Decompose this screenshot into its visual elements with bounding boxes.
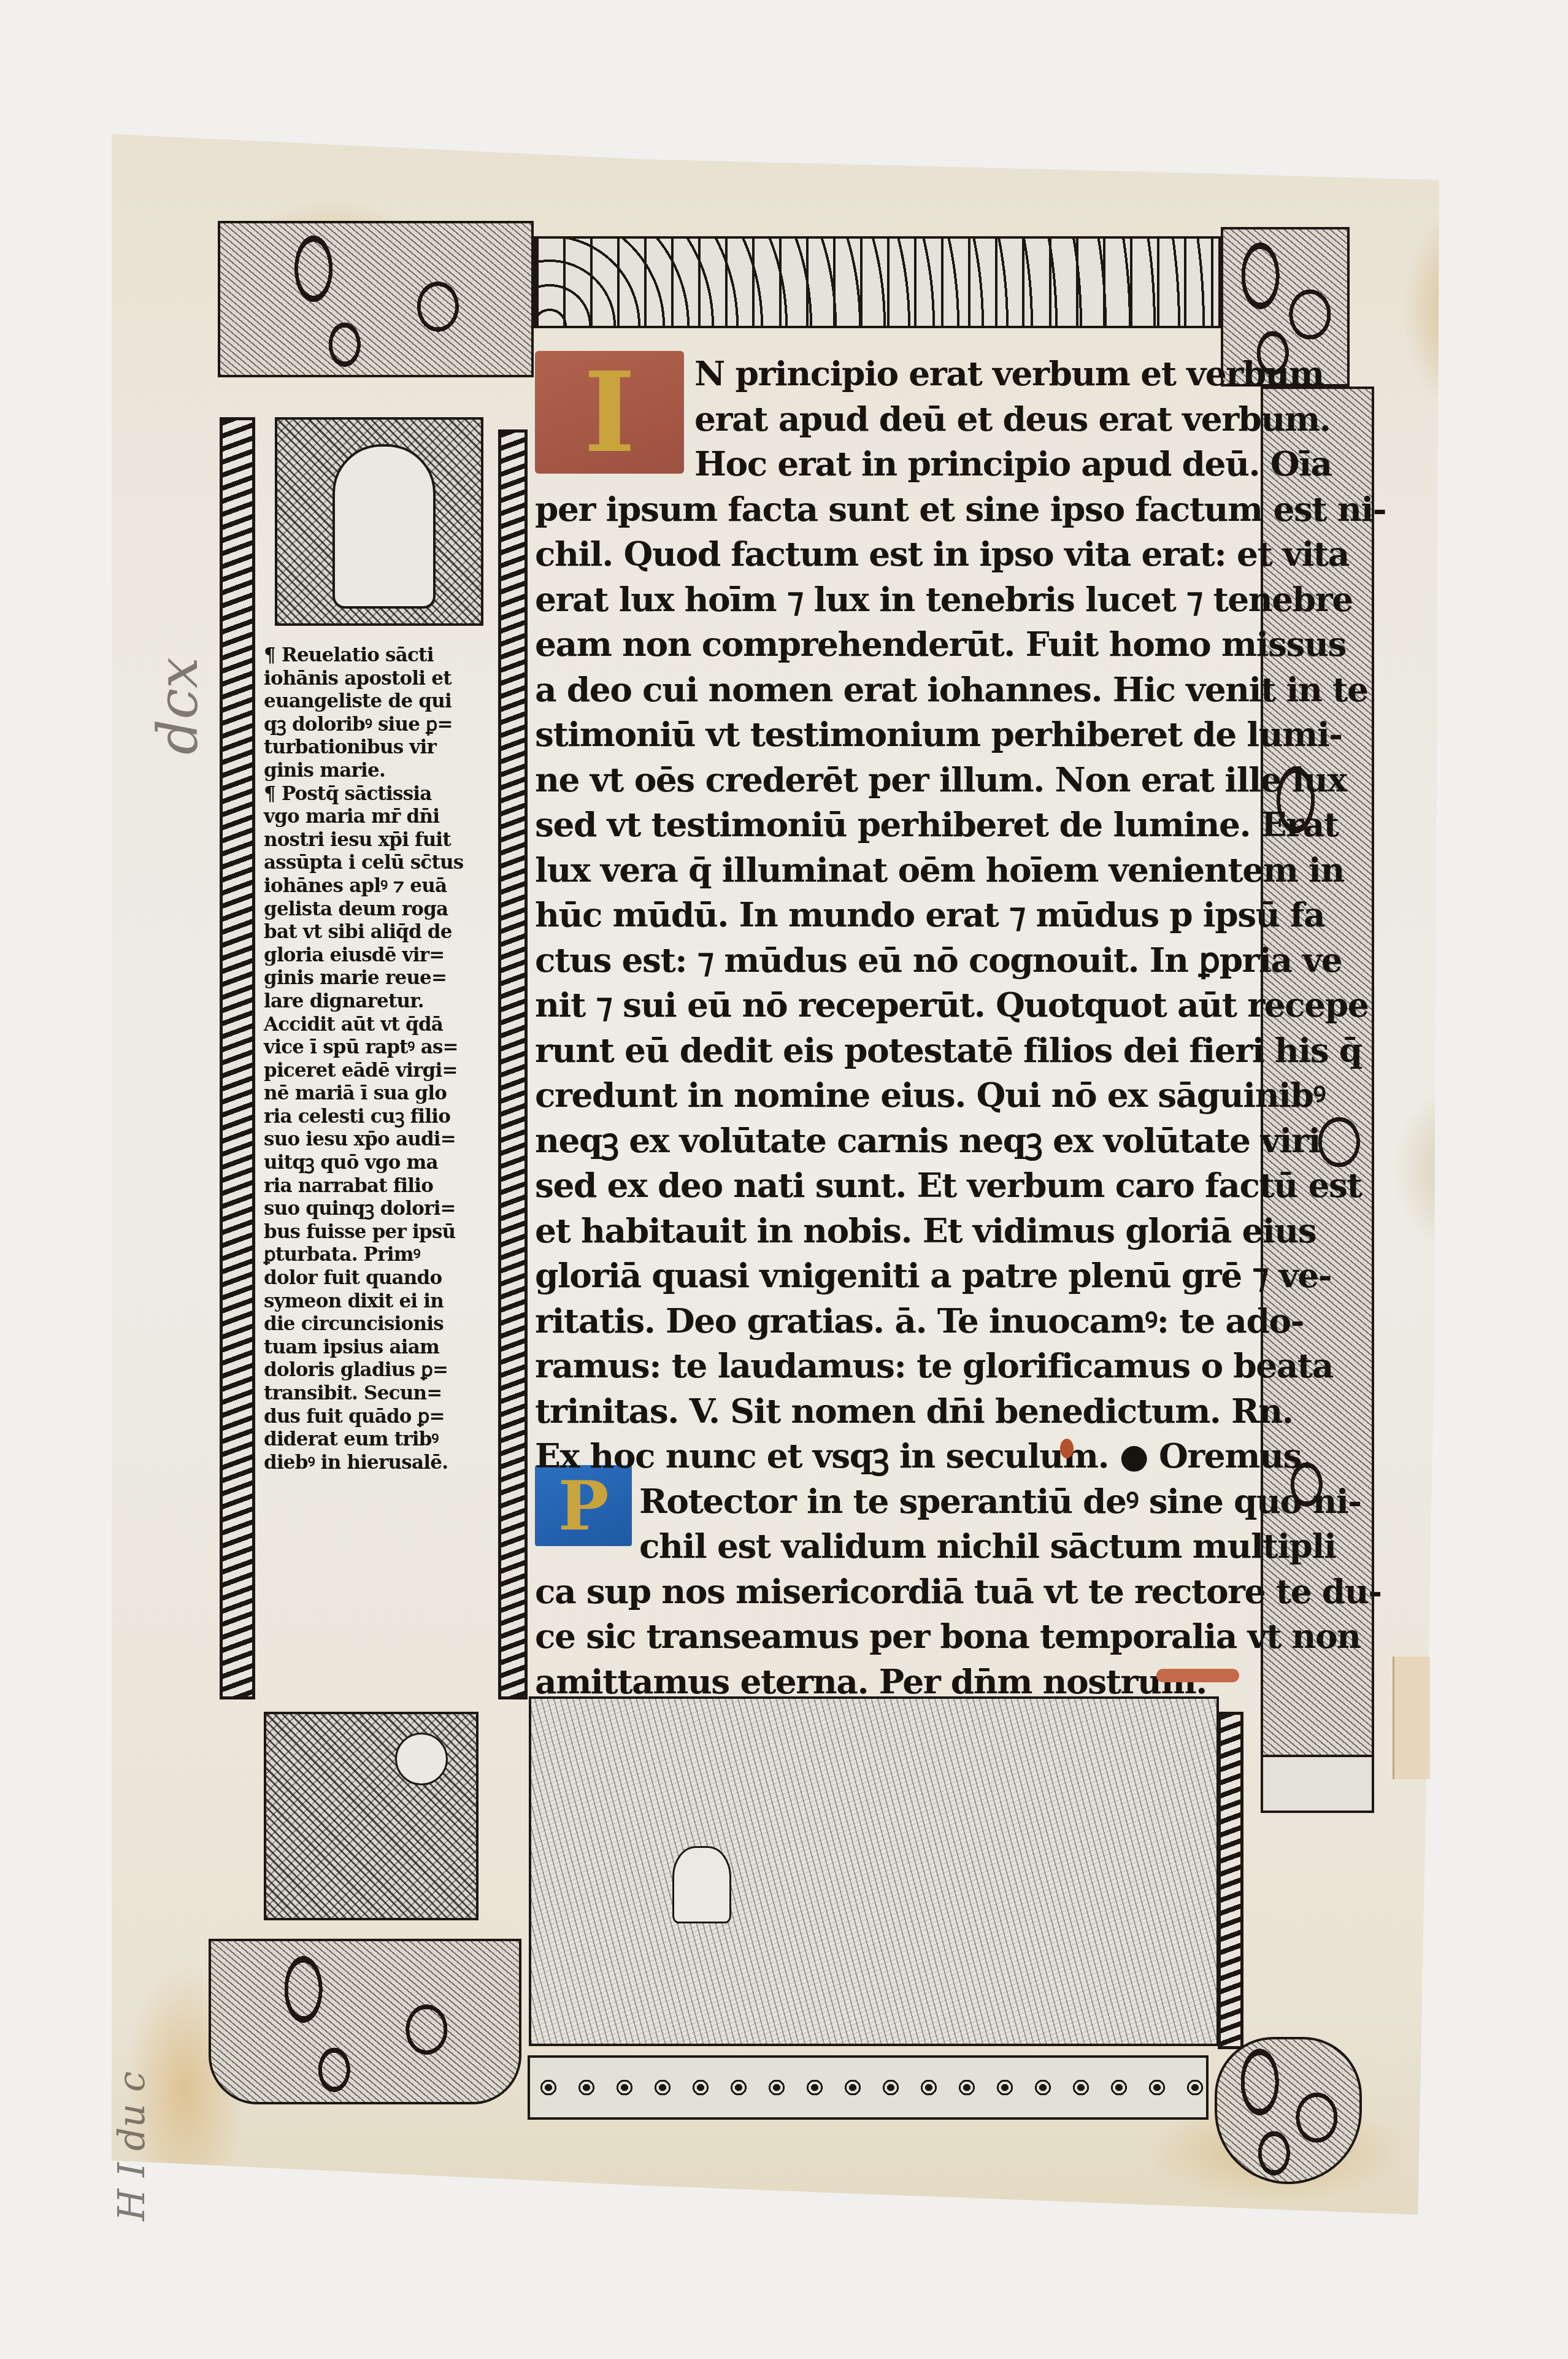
- halo: [395, 1733, 448, 1785]
- side-line: iohānis apostoli et: [264, 668, 497, 691]
- rubric-paragraph-mark: [1060, 1439, 1074, 1458]
- text-line: et habitauit in nobis. Et vidimus gloriā…: [535, 1208, 1259, 1253]
- side-line: doloris gladius ꝑ=: [264, 1359, 497, 1382]
- text-line: runt eū dedit eis potestatē filios dei f…: [535, 1028, 1259, 1073]
- text-line: lux vera q̄ illuminat oēm hoīem veniente…: [535, 847, 1259, 893]
- side-column-revelation-text: ¶ Reuelatio sācti iohānis apostoli et eu…: [264, 644, 497, 1474]
- text-line: Rotector in te sperantiū deꝰ sine quo ni…: [535, 1479, 1259, 1524]
- text-line: sed ex deo nati sunt. Et verbum caro fac…: [535, 1163, 1259, 1208]
- woodcut-veronica-scene: [529, 1696, 1219, 2046]
- side-line: transibit. Secun=: [264, 1382, 497, 1406]
- woodcut-bottom-left-corner: [209, 1939, 521, 2104]
- woodcut-scene-right-pillar: [1218, 1712, 1243, 2049]
- side-line: piceret eādē virgi=: [264, 1060, 497, 1083]
- rubric-line-filler: [1156, 1669, 1239, 1682]
- side-line: nē mariā ī sua glo: [264, 1082, 497, 1106]
- text-line: neqꝫ ex volūtate carnis neqꝫ ex volūtate…: [535, 1118, 1259, 1163]
- side-line: turbationibus vir: [264, 736, 497, 760]
- pencil-note-left-margin: dcx: [146, 657, 210, 755]
- side-line: suo iesu xp̄o audi=: [264, 1128, 497, 1152]
- text-line: erat lux hoīm ⁊ lux in tenebris lucet ⁊ …: [535, 577, 1259, 622]
- hinge-tape-strip: [1393, 1657, 1430, 1779]
- side-line: euangeliste de qui: [264, 690, 497, 714]
- woodcut-bottom-right-medallion: [1215, 2037, 1362, 2184]
- woodcut-right-base: [1261, 1755, 1374, 1813]
- side-line: qꝫ doloribꝰ siue ꝑ=: [264, 714, 497, 737]
- side-line: bus fuisse per ipsū: [264, 1221, 497, 1244]
- side-line: diderat eum tribꝰ: [264, 1428, 497, 1452]
- side-line: tuam ipsius aiam: [264, 1336, 497, 1360]
- side-line: suo quinqꝫ dolori=: [264, 1198, 497, 1221]
- side-line: vice ī spū raptꝰ as=: [264, 1036, 497, 1060]
- text-line: ce sic transeamus per bona temporalia vt…: [535, 1614, 1259, 1659]
- text-line: trinitas. V. Sit nomen dn̄i benedictum. …: [535, 1388, 1259, 1434]
- text-line: Hoc erat in principio apud deū. Oīa: [535, 441, 1259, 487]
- side-line: gloria eiusdē vir=: [264, 944, 497, 968]
- text-line: erat apud deū et deus erat verbum.: [535, 396, 1259, 442]
- text-line: a deo cui nomen erat iohannes. Hic venit…: [535, 667, 1259, 712]
- side-line: ginis marie.: [264, 760, 497, 783]
- text-line: ca sup nos misericordiā tuā vt te rector…: [535, 1569, 1259, 1614]
- woodcut-bottom-border-rosettes: [528, 2055, 1209, 2120]
- woodcut-top-left-foliage: [218, 221, 534, 377]
- text-line: hūc mūdū. In mundo erat ⁊ mūdus p ipsū f…: [535, 892, 1259, 937]
- side-line: assūpta i celū sc̄tus: [264, 852, 497, 875]
- veil-with-holy-face: [672, 1846, 731, 1923]
- text-line: chil. Quod factum est in ipso vita erat:…: [535, 531, 1259, 577]
- side-line: ¶ Postq̄ sācti​ssia: [264, 783, 497, 806]
- text-line: amittamus eterna. Per dn̄m nostrum.: [535, 1659, 1259, 1704]
- text-line: sed vt testimoniū perhiberet de lumine. …: [535, 802, 1259, 847]
- side-line: ria celesti cuꝫ filio: [264, 1106, 497, 1129]
- text-line: ramus: te laudamus: te glorificamus o be…: [535, 1343, 1259, 1388]
- side-line: ginis marie reue=: [264, 967, 497, 990]
- side-line: iohānes aplꝰ ⁊ euā: [264, 875, 497, 898]
- side-line: ria narrabat filio: [264, 1175, 497, 1198]
- text-line: ritatis. Deo gratias. ā. Te inuocamꝰ: te…: [535, 1298, 1259, 1344]
- side-line: dolor fuit quando: [264, 1267, 497, 1290]
- text-line: eam non comprehenderūt. Fuit homo missus: [535, 621, 1259, 667]
- woodcut-saint-john-vignette: [264, 1712, 478, 1920]
- text-line: Ex hoc nunc et vsqꝫ in seculum. ● Oremus…: [535, 1433, 1259, 1479]
- side-line: die circuncisionis: [264, 1313, 497, 1336]
- side-line: diebꝰ in hierusalē.: [264, 1452, 497, 1475]
- side-line: ꝑturbata. Primꝰ: [264, 1244, 497, 1267]
- woodcut-left-inner-pillar: [498, 429, 528, 1699]
- text-line: N principio erat verbum et verbum: [535, 351, 1259, 396]
- side-line: ¶ Reuelatio sācti: [264, 644, 497, 668]
- side-line: vgo maria mr̄ dn̄i: [264, 806, 497, 829]
- side-line: lare dignaretur.: [264, 990, 497, 1014]
- text-line: chil est validum nichil sāctum multipli: [535, 1523, 1259, 1569]
- side-line: symeon dixit ei in: [264, 1290, 497, 1314]
- side-line: gelista deum roga: [264, 898, 497, 922]
- side-line: dus fuit quādo ꝑ=: [264, 1406, 497, 1429]
- pencil-note-bottom-left: H I du c: [110, 2071, 153, 2221]
- text-line: credunt in nomine eius. Qui nō ex sāguin…: [535, 1072, 1259, 1118]
- text-line: ne vt oēs crederēt per illum. Non erat i…: [535, 757, 1259, 802]
- side-line: uitqꝫ quō vgo ma: [264, 1152, 497, 1175]
- text-line: gloriā quasi vnigeniti a patre plenū grē…: [535, 1253, 1259, 1298]
- main-text-gospel-john: N principio erat verbum et verbum erat a…: [535, 351, 1259, 1704]
- side-line: bat vt sibi aliq̄d de: [264, 921, 497, 944]
- side-line: nostri iesu xp̄i fuit: [264, 829, 497, 852]
- text-line: stimoniū vt testimonium perhiberet de lu…: [535, 712, 1259, 757]
- woodcut-left-outer-pillar: [220, 417, 255, 1699]
- woodcut-left-portrait: [275, 417, 483, 626]
- portrait-figure: [332, 444, 436, 609]
- text-line: nit ⁊ sui eū nō receperūt. Quotquot aūt …: [535, 982, 1259, 1028]
- text-line: per ipsum facta sunt et sine ipso factum…: [535, 487, 1259, 532]
- text-line: ctus est: ⁊ mūdus eū nō cognouit. In ꝑpr…: [535, 937, 1259, 983]
- woodcut-top-border-arcade: [534, 236, 1221, 328]
- side-line: Accidit aūt vt q̄dā: [264, 1014, 497, 1037]
